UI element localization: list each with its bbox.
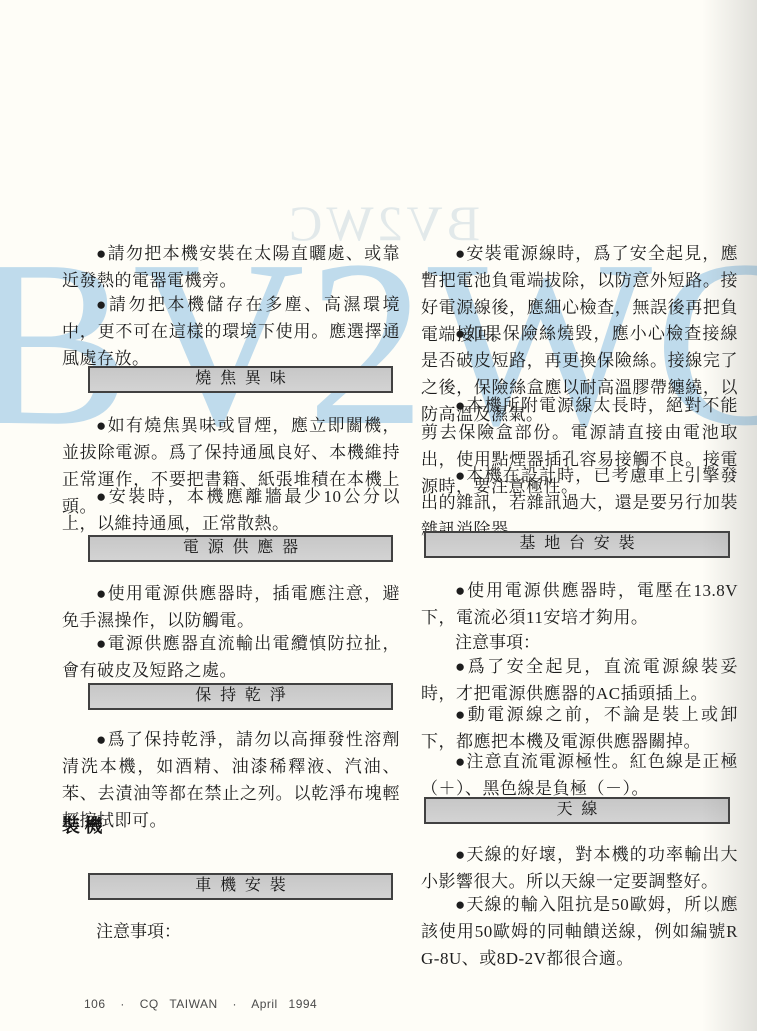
section-header-label: 燒焦異味 [88, 366, 393, 393]
section-header-label: 車機安裝 [88, 873, 393, 900]
paragraph-no-dust: ●請勿把本機儲存在多塵、高濕環境中，更不可在這樣的環境下使用。應選擇通風處存放。 [62, 291, 400, 372]
section-header-power-supply: 電源供應器 [62, 535, 400, 562]
chapter-heading-installation: 裝機 [62, 812, 400, 838]
paragraph-ac-plug: ●爲了安全起見，直流電源線裝妥時，才把電源供應器的AC插頭插上。 [421, 653, 738, 707]
section-header-antenna: 天線 [421, 797, 738, 824]
section-header-label: 基地台安裝 [424, 531, 730, 558]
note-label-left: 注意事項： [62, 918, 400, 945]
footer-separator: · [233, 997, 238, 1011]
page-footer: 106 · CQ TAIWAN · April 1994 [84, 997, 321, 1011]
page-number: 106 [84, 997, 106, 1011]
note-label-right: 注意事項： [421, 629, 738, 656]
section-header-base-station: 基地台安裝 [421, 531, 738, 558]
paragraph-switch-off: ●動電源線之前，不論是裝上或卸下，都應把本機及電源供應器關掉。 [421, 701, 738, 755]
paragraph-antenna-quality: ●天線的好壞，對本機的功率輸出大小影響很大。所以天線一定要調整好。 [421, 841, 738, 895]
scanned-manual-page: BV2WC BV2WC ●請勿把本機安裝在太陽直曬處、或靠近發熱的電器電機旁。 … [0, 0, 757, 1031]
paragraph-antenna-impedance: ●天線的輸入阻抗是50歐姆，所以應該使用50歐姆的同軸饋送線，例如編號RG-8U… [421, 891, 738, 972]
section-header-label: 保持乾淨 [88, 683, 393, 710]
paragraph-polarity: ●注意直流電源極性。紅色線是正極（＋）、黑色線是負極（－）。 [421, 748, 738, 802]
paragraph-no-sunlight: ●請勿把本機安裝在太陽直曬處、或靠近發熱的電器電機旁。 [62, 240, 400, 294]
paragraph-wall-clearance: ●安裝時，本機應離牆最少10公分以上，以維持通風，正常散熱。 [62, 483, 400, 537]
paragraph-wet-hands: ●使用電源供應器時，插電應注意，避免手濕操作，以防觸電。 [62, 580, 400, 634]
section-header-label: 天線 [424, 797, 730, 824]
section-header-label: 電源供應器 [88, 535, 393, 562]
paragraph-voltage-current: ●使用電源供應器時，電壓在13.8V下，電流必須11安培才夠用。 [421, 577, 738, 631]
magazine-name: CQ TAIWAN [140, 997, 218, 1011]
section-header-burnt-smell: 燒焦異味 [62, 366, 400, 393]
paragraph-dc-cable: ●電源供應器直流輸出電纜慎防拉扯，會有破皮及短路之處。 [62, 630, 400, 684]
issue-date: April 1994 [251, 997, 317, 1011]
footer-separator: · [120, 997, 125, 1011]
section-header-keep-clean: 保持乾淨 [62, 683, 400, 710]
section-header-mobile-install: 車機安裝 [62, 873, 400, 900]
